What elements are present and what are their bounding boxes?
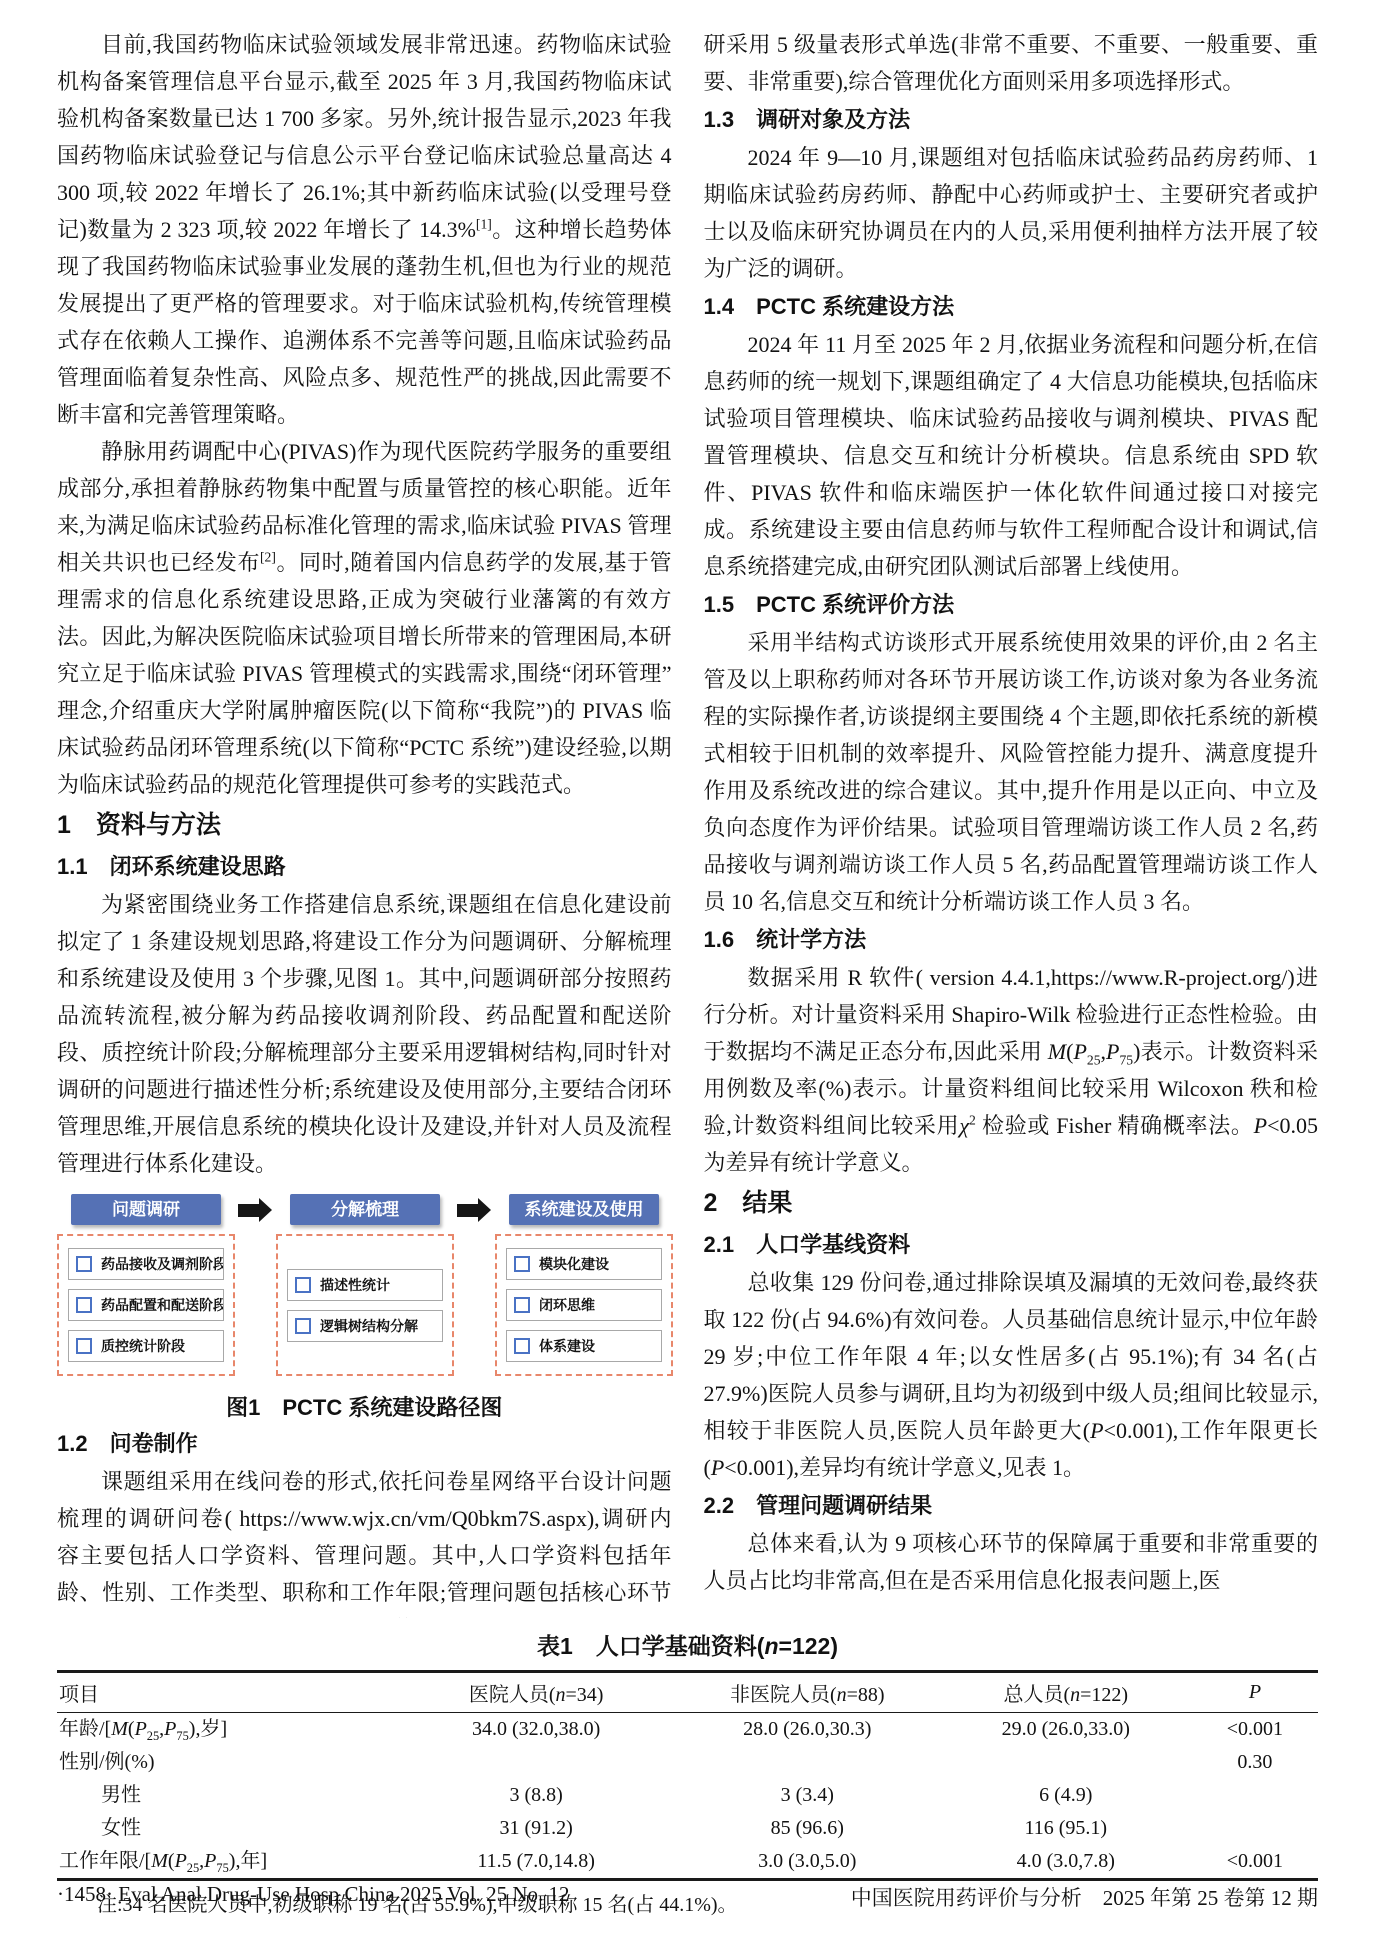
checkbox-icon	[514, 1297, 530, 1313]
table-1-section: 表1 人口学基础资料(n=122) 项目 医院人员(n=34) 非医院人员(n=…	[57, 1628, 1318, 1917]
table-1: 项目 医院人员(n=34) 非医院人员(n=88) 总人员(n=122) P 年…	[57, 1670, 1318, 1881]
checkbox-icon	[295, 1277, 311, 1293]
col-header-hospital: 医院人员(n=34)	[397, 1672, 674, 1713]
col-header-total: 总人员(n=122)	[940, 1672, 1192, 1713]
fig-group-problem-survey: 问题调研 药品接收及调剂阶段 药品配置和配送阶段	[57, 1194, 235, 1376]
subsection-heading-1-5: 1.5 PCTC 系统评价方法	[704, 585, 1319, 624]
fig-group-system-build: 系统建设及使用 模块化建设 闭环思维	[495, 1194, 673, 1376]
paragraph-1-4: 2024 年 11 月至 2025 年 2 月,依据业务流程和问题分析,在信息药…	[704, 326, 1319, 585]
row-label: 年龄/[M(P25,P75),岁]	[57, 1713, 397, 1747]
col-header-p: P	[1192, 1672, 1318, 1713]
table-row: 女性 31 (91.2) 85 (96.6) 116 (95.1)	[57, 1812, 1318, 1845]
figure-1-caption: 图1 PCTC 系统建设路径图	[57, 1391, 672, 1422]
section-heading-results: 2 结果	[704, 1183, 1319, 1224]
paragraph-1-2: 课题组采用在线问卷的形式,依托问卷星网络平台设计问题梳理的调研问卷( https…	[57, 1463, 672, 1618]
paragraph-2-2: 总体来看,认为 9 项核心环节的保障属于重要和非常重要的人员占比均非常高,但在是…	[704, 1525, 1319, 1599]
fig-item: 闭环思维	[506, 1289, 662, 1321]
paragraph-intro-2: 静脉用药调配中心(PIVAS)作为现代医院药学服务的重要组成部分,承担着静脉药物…	[57, 433, 672, 803]
figure-1: 问题调研 药品接收及调剂阶段 药品配置和配送阶段	[57, 1194, 672, 1422]
page-footer: ·1458· Eval Anal Drug-Use Hosp China 202…	[57, 1882, 1318, 1912]
cell-non-hospital	[675, 1746, 940, 1779]
cell-p	[1192, 1812, 1318, 1845]
cell-p: <0.001	[1192, 1713, 1318, 1747]
cell-total: 116 (95.1)	[940, 1812, 1192, 1845]
cell-hospital	[397, 1746, 674, 1779]
checkbox-icon	[76, 1256, 92, 1272]
fig-item-label: 质控统计阶段	[101, 1336, 185, 1356]
table-row: 男性 3 (8.8) 3 (3.4) 6 (4.9)	[57, 1779, 1318, 1812]
cell-hospital: 31 (91.2)	[397, 1812, 674, 1845]
cell-total	[940, 1746, 1192, 1779]
cell-p: 0.30	[1192, 1746, 1318, 1779]
fig-item-label: 描述性统计	[320, 1275, 390, 1295]
cell-total: 4.0 (3.0,7.8)	[940, 1845, 1192, 1880]
subsection-heading-1-2: 1.2 问卷制作	[57, 1424, 672, 1463]
section-heading-methods: 1 资料与方法	[57, 805, 672, 846]
table-row: 年龄/[M(P25,P75),岁] 34.0 (32.0,38.0) 28.0 …	[57, 1713, 1318, 1747]
fig-item-label: 体系建设	[539, 1336, 595, 1356]
row-label: 性别/例(%)	[57, 1746, 397, 1779]
col-header-non-hospital: 非医院人员(n=88)	[675, 1672, 940, 1713]
paragraph-1-3: 2024 年 9—10 月,课题组对包括临床试验药品药房药师、1 期临床试验药房…	[704, 139, 1319, 287]
fig-dashed-box-1: 药品接收及调剂阶段 药品配置和配送阶段 质控统计阶段	[57, 1234, 235, 1376]
fig-item-label: 逻辑树结构分解	[320, 1316, 418, 1336]
cell-non-hospital: 3.0 (3.0,5.0)	[675, 1845, 940, 1880]
fig-group-decompose: 分解梳理 描述性统计 逻辑树结构分解	[276, 1194, 454, 1376]
checkbox-icon	[295, 1318, 311, 1334]
subsection-heading-2-1: 2.1 人口学基线资料	[704, 1225, 1319, 1264]
cell-hospital: 3 (8.8)	[397, 1779, 674, 1812]
fig-item: 描述性统计	[287, 1269, 443, 1301]
subsection-heading-2-2: 2.2 管理问题调研结果	[704, 1486, 1319, 1525]
table-1-title: 表1 人口学基础资料(n=122)	[57, 1628, 1318, 1661]
cell-p	[1192, 1779, 1318, 1812]
table-row: 性别/例(%) 0.30	[57, 1746, 1318, 1779]
paragraph-2-1: 总收集 129 份问卷,通过排除误填及漏填的无效问卷,最终获取 122 份(占 …	[704, 1264, 1319, 1486]
two-column-body: 目前,我国药物临床试验领域发展非常迅速。药物临床试验机构备案管理信息平台显示,截…	[57, 26, 1318, 1618]
arrow-right-icon	[457, 1204, 478, 1217]
journal-article-page: 目前,我国药物临床试验领域发展非常迅速。药物临床试验机构备案管理信息平台显示,截…	[0, 0, 1375, 1940]
checkbox-icon	[76, 1338, 92, 1354]
fig-item: 药品配置和配送阶段	[68, 1289, 224, 1321]
fig-header-decompose: 分解梳理	[290, 1194, 440, 1225]
cell-non-hospital: 3 (3.4)	[675, 1779, 940, 1812]
arrow-right-icon	[238, 1204, 259, 1217]
cell-total: 29.0 (26.0,33.0)	[940, 1713, 1192, 1747]
figure-1-flowchart: 问题调研 药品接收及调剂阶段 药品配置和配送阶段	[57, 1194, 672, 1376]
table-row: 工作年限/[M(P25,P75),年] 11.5 (7.0,14.8) 3.0 …	[57, 1845, 1318, 1880]
right-column: 研采用 5 级量表形式单选(非常不重要、不重要、一般重要、重要、非常重要),综合…	[704, 26, 1319, 1618]
fig-item: 质控统计阶段	[68, 1330, 224, 1362]
fig-dashed-box-3: 模块化建设 闭环思维 体系建设	[495, 1234, 673, 1376]
row-label: 男性	[57, 1779, 397, 1812]
fig-header-problem-survey: 问题调研	[71, 1194, 221, 1225]
subsection-heading-1-3: 1.3 调研对象及方法	[704, 100, 1319, 139]
cell-non-hospital: 28.0 (26.0,30.3)	[675, 1713, 940, 1747]
fig-item: 逻辑树结构分解	[287, 1310, 443, 1342]
footer-page-journal-en: ·1458· Eval Anal Drug-Use Hosp China 202…	[57, 1882, 570, 1912]
col-header-item: 项目	[57, 1672, 397, 1713]
fig-item: 模块化建设	[506, 1248, 662, 1280]
row-label: 女性	[57, 1812, 397, 1845]
cell-hospital: 11.5 (7.0,14.8)	[397, 1845, 674, 1880]
paragraph-1-6: 数据采用 R 软件( version 4.4.1,https://www.R-p…	[704, 959, 1319, 1181]
fig-item-label: 闭环思维	[539, 1295, 595, 1315]
left-column: 目前,我国药物临床试验领域发展非常迅速。药物临床试验机构备案管理信息平台显示,截…	[57, 26, 672, 1618]
paragraph-1-1: 为紧密围绕业务工作搭建信息系统,课题组在信息化建设前拟定了 1 条建设规划思路,…	[57, 886, 672, 1182]
fig-item-label: 药品接收及调剂阶段	[101, 1254, 224, 1274]
table-header-row: 项目 医院人员(n=34) 非医院人员(n=88) 总人员(n=122) P	[57, 1672, 1318, 1713]
fig-item: 体系建设	[506, 1330, 662, 1362]
footer-journal-cn: 中国医院用药评价与分析 2025 年第 25 卷第 12 期	[851, 1882, 1318, 1912]
fig-item-label: 模块化建设	[539, 1254, 609, 1274]
fig-item: 药品接收及调剂阶段	[68, 1248, 224, 1280]
fig-header-system-build: 系统建设及使用	[509, 1194, 659, 1225]
cell-hospital: 34.0 (32.0,38.0)	[397, 1713, 674, 1747]
checkbox-icon	[514, 1338, 530, 1354]
cell-non-hospital: 85 (96.6)	[675, 1812, 940, 1845]
paragraph-1-5: 采用半结构式访谈形式开展系统使用效果的评价,由 2 名主管及以上职称药师对各环节…	[704, 624, 1319, 920]
fig-dashed-box-2: 描述性统计 逻辑树结构分解	[276, 1234, 454, 1376]
paragraph-1-2-continued: 研采用 5 级量表形式单选(非常不重要、不重要、一般重要、重要、非常重要),综合…	[704, 26, 1319, 100]
checkbox-icon	[514, 1256, 530, 1272]
cell-total: 6 (4.9)	[940, 1779, 1192, 1812]
fig-item-label: 药品配置和配送阶段	[101, 1295, 224, 1315]
paragraph-intro-1: 目前,我国药物临床试验领域发展非常迅速。药物临床试验机构备案管理信息平台显示,截…	[57, 26, 672, 433]
checkbox-icon	[76, 1297, 92, 1313]
subsection-heading-1-1: 1.1 闭环系统建设思路	[57, 847, 672, 886]
subsection-heading-1-4: 1.4 PCTC 系统建设方法	[704, 287, 1319, 326]
subsection-heading-1-6: 1.6 统计学方法	[704, 920, 1319, 959]
row-label: 工作年限/[M(P25,P75),年]	[57, 1845, 397, 1880]
cell-p: <0.001	[1192, 1845, 1318, 1880]
